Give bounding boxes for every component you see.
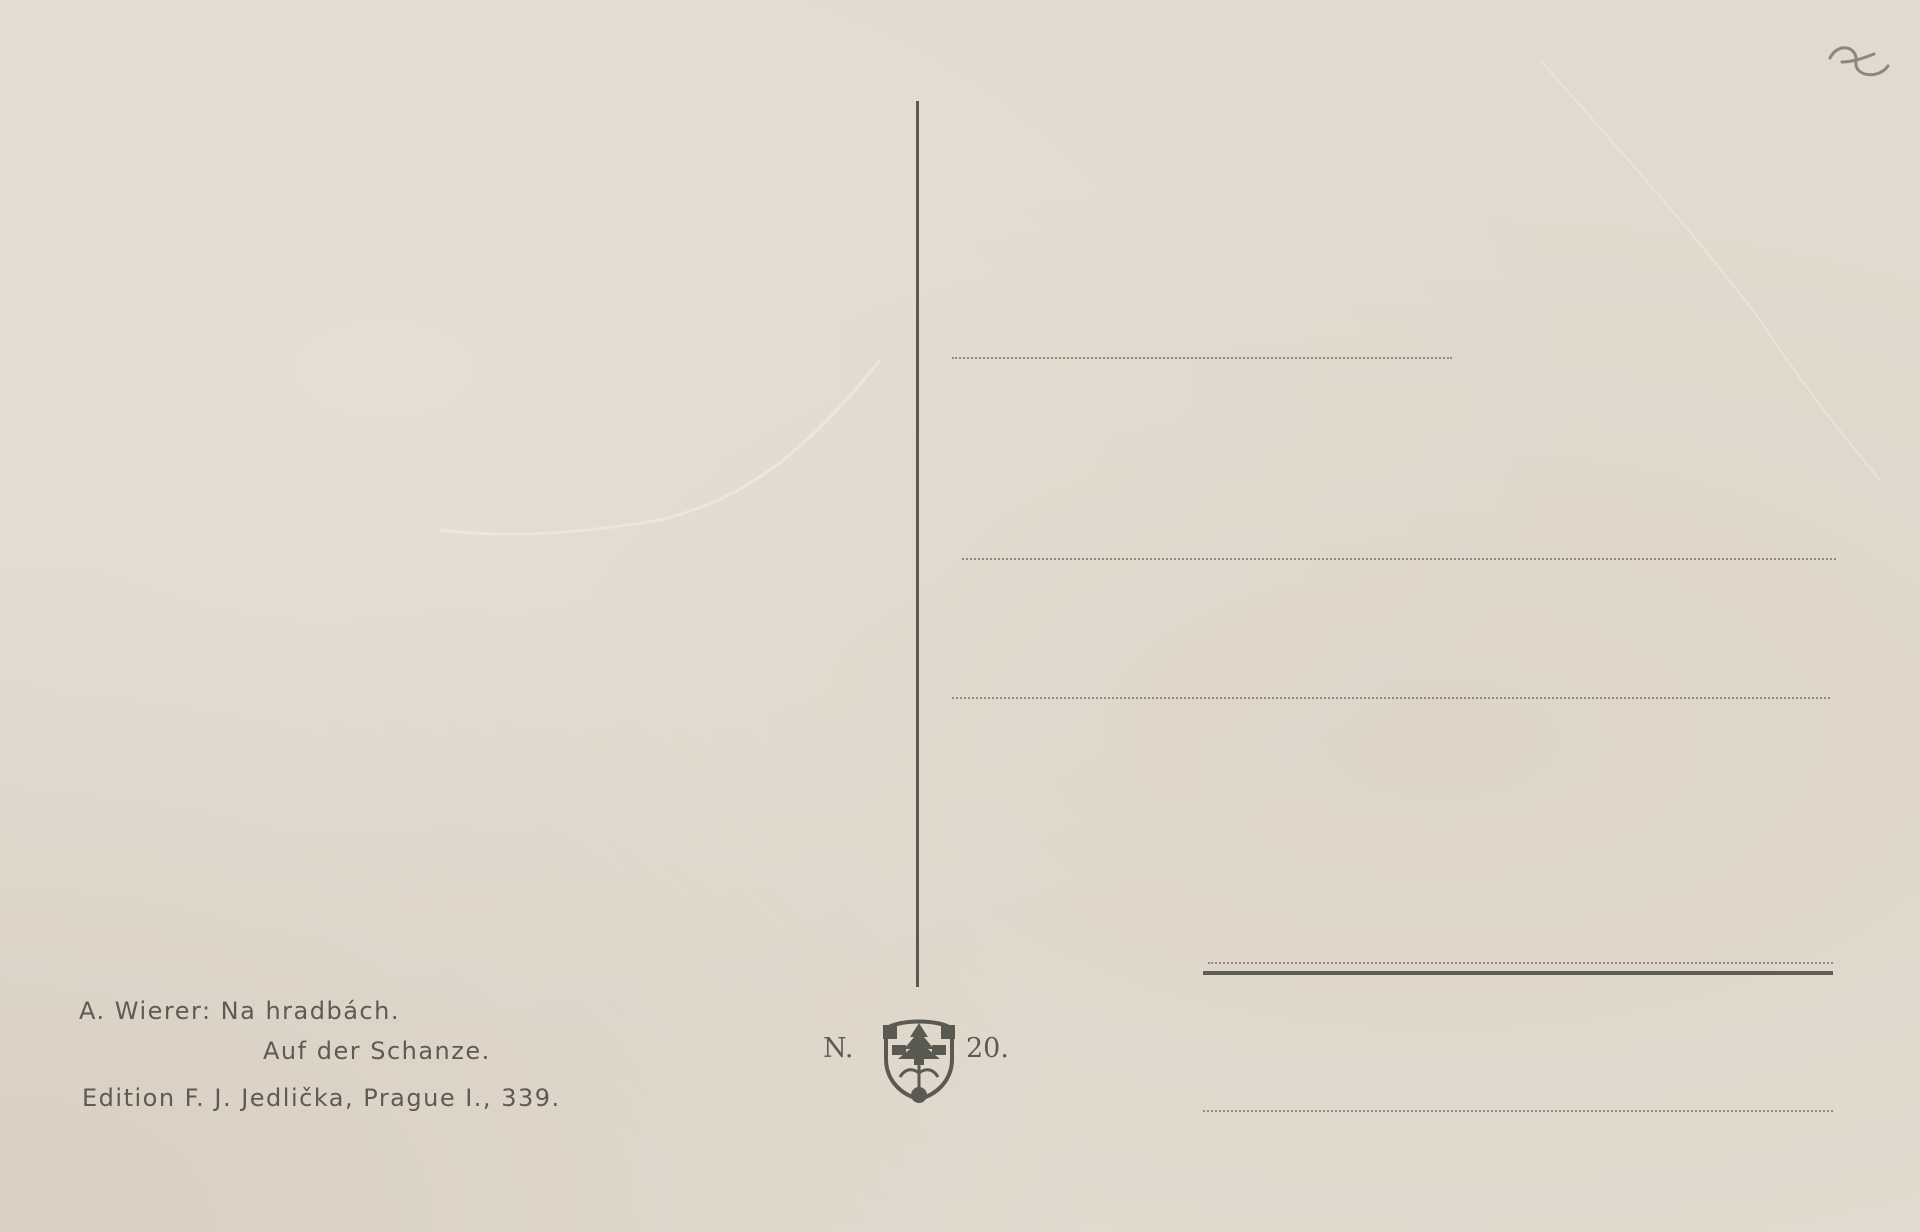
artist-name: A. Wierer: [79,997,212,1025]
postcard-back: A. Wierer: Na hradbách. Auf der Schanze.… [0,0,1920,1232]
address-line-4 [1208,962,1833,964]
card-number: 20. [966,1033,1009,1064]
caption-line-2: Auf der Schanze. [263,1037,491,1065]
address-line-3 [952,697,1830,699]
address-solid-rule [1203,971,1833,975]
center-divider-line [916,101,919,987]
address-line-1 [952,357,1452,359]
number-prefix: N. [823,1033,853,1064]
address-line-5 [1203,1110,1833,1112]
publisher-emblem-icon [878,1015,960,1105]
caption-line-1: A. Wierer: Na hradbách. [79,997,400,1025]
publisher-line: Edition F. J. Jedlička, Prague I., 339. [82,1084,561,1112]
title-czech: Na hradbách. [221,997,400,1025]
pencil-mark-icon [1828,40,1894,80]
address-line-2 [962,558,1836,560]
